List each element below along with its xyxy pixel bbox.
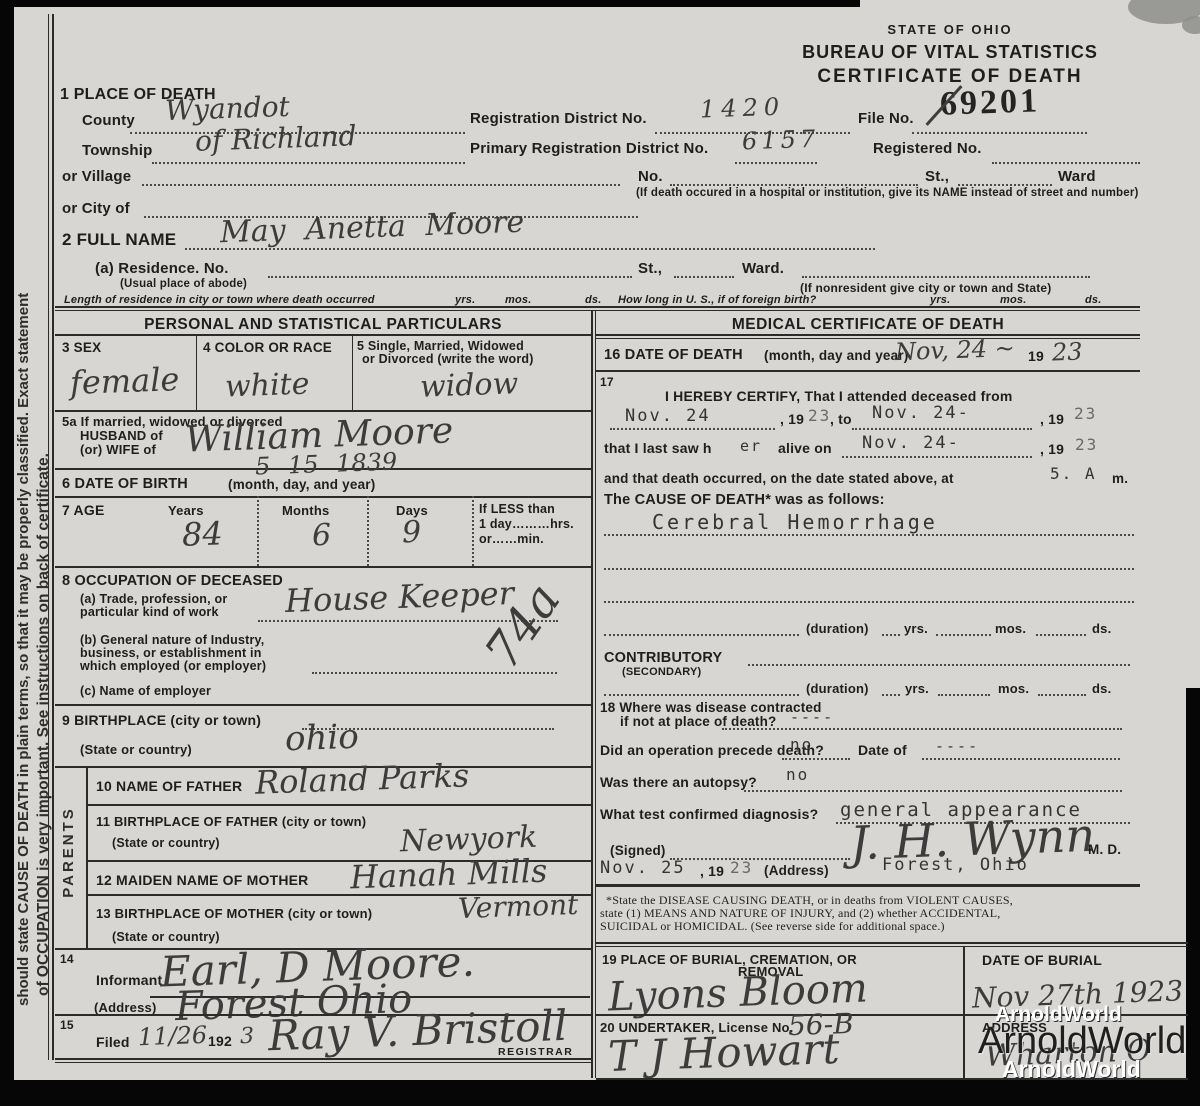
scan-edge-top — [0, 0, 860, 7]
age-cell-divider-3 — [472, 496, 474, 566]
filed-number: 15 — [60, 1018, 74, 1032]
age-cell-divider-1 — [257, 496, 259, 566]
birthplace-label: 9 BIRTHPLACE (city or town) — [62, 712, 261, 728]
duration-dots-2b — [938, 694, 990, 696]
rule-under-dod — [596, 370, 1140, 372]
age-years-value: 84 — [181, 514, 223, 553]
operation-line — [782, 758, 850, 760]
village-no-label: No. — [638, 168, 663, 185]
parents-label: PARENTS — [60, 764, 77, 940]
dob-value: 5 15 1839 — [255, 448, 398, 481]
dod-value: Nov, 24 ~ — [895, 334, 1016, 366]
primary-registration-value: 6157 — [742, 125, 820, 156]
personal-title-rule — [55, 334, 591, 336]
village-ward-label: Ward — [1058, 168, 1096, 185]
cause-line-1 — [604, 534, 1134, 536]
from-year-printed: , 19 — [780, 411, 804, 427]
signed-line — [670, 858, 850, 860]
sign-address-value: Forest, Ohio — [882, 855, 1029, 875]
dob-note: (month, day, and year) — [228, 477, 375, 492]
dod-note: (month, day and year) — [764, 348, 908, 363]
occ-b-label-2: business, or establishment in — [80, 646, 262, 660]
marital-value: widow — [419, 366, 518, 404]
mother-bp-value: Vermont — [457, 888, 578, 925]
occ-b-label-3: which employed (or employer) — [80, 659, 266, 673]
dod-year-value: 23 — [1052, 337, 1084, 366]
registrar-label: REGISTRAR — [498, 1046, 573, 1058]
to-label: , to — [830, 411, 852, 427]
length-mos-label: mos. — [505, 294, 531, 306]
death-time-value: 5. A — [1050, 464, 1097, 483]
file-no-stamp: 69201 — [939, 82, 1040, 123]
age-label: 7 AGE — [62, 502, 105, 518]
age-less-label-3: or……min. — [479, 532, 544, 546]
sign-year-printed: , 19 — [700, 863, 724, 879]
father-bp-state-label: (State or country) — [112, 836, 220, 850]
duration-dots-1c — [1036, 634, 1086, 636]
duration-line-2 — [604, 694, 799, 696]
color-race-value: white — [224, 367, 310, 405]
rule-under-dob — [55, 496, 591, 498]
operation-value: no — [790, 735, 813, 754]
village-line — [142, 184, 620, 186]
residence-label: (a) Residence. No. — [95, 260, 229, 277]
undertaker-signature: T J Howart — [607, 1024, 840, 1081]
signed-label: (Signed) — [610, 843, 666, 858]
rule-under-sex-row — [55, 410, 591, 412]
full-name-label: 2 FULL NAME — [62, 230, 176, 250]
marital-label-2: or Divorced (write the word) — [362, 352, 534, 366]
sign-date-value: Nov. 25 — [600, 858, 686, 878]
death-m-label: m. — [1112, 471, 1128, 486]
file-no-line — [912, 132, 1087, 134]
marital-label-1: 5 Single, Married, Widowed — [357, 339, 524, 353]
cell-divider-race — [352, 334, 353, 410]
duration-line-1 — [604, 634, 799, 636]
duration-dots-1a — [882, 634, 900, 636]
township-line — [152, 162, 465, 164]
duration-yrs-1: yrs. — [904, 621, 928, 636]
duration-ds-1: ds. — [1092, 621, 1111, 636]
filed-year-printed: 192 — [208, 1033, 232, 1049]
spouse-label-3: (or) WIFE of — [80, 442, 156, 457]
occ-a-value: House Keeper — [284, 574, 514, 620]
parents-divider — [86, 766, 88, 948]
last-saw-year-value: 23 — [1075, 435, 1098, 454]
sign-year-value: 23 — [730, 858, 753, 877]
occ-c-label: (c) Name of employer — [80, 684, 211, 698]
scan-edge-bottom — [0, 1080, 1200, 1106]
certify-statement: I HEREBY CERTIFY, That I attended deceas… — [665, 388, 1013, 404]
father-value: Roland Parks — [254, 756, 469, 801]
last-saw-date-value: Nov. 24- — [862, 433, 960, 453]
q18-label-2: if not at place of death? — [620, 714, 777, 729]
rule-under-father — [86, 804, 591, 806]
residence-line — [268, 276, 632, 278]
full-name-value: May Anetta Moore — [219, 205, 524, 251]
attended-from-line — [610, 428, 775, 430]
rule-under-occupation — [55, 704, 591, 706]
township-value: of Richland — [194, 119, 357, 158]
mother-bp-state-label: (State or country) — [112, 930, 220, 944]
header-state: STATE OF OHIO — [800, 22, 1100, 37]
secondary-label: (SECONDARY) — [622, 666, 701, 678]
registration-district-label: Registration District No. — [470, 110, 647, 127]
last-saw-er-value: er — [740, 437, 762, 455]
father-bp-label: 11 BIRTHPLACE OF FATHER (city or town) — [96, 814, 366, 829]
informant-address-label: (Address) — [94, 1000, 156, 1015]
autopsy-line — [744, 790, 1122, 792]
township-label: Township — [82, 142, 152, 159]
to-year-value: 23 — [1074, 404, 1097, 423]
contributory-label: CONTRIBUTORY — [604, 650, 722, 666]
primary-registration-label: Primary Registration District No. — [470, 140, 708, 157]
duration-yrs-2: yrs. — [905, 681, 929, 696]
occ-b-label-1: (b) General nature of Industry, — [80, 633, 264, 647]
attended-to-line — [852, 428, 1032, 430]
birthplace-state-label: (State or country) — [80, 742, 192, 757]
mother-label: 12 MAIDEN NAME OF MOTHER — [96, 872, 308, 888]
us-ds-label: ds. — [1085, 294, 1102, 306]
residence-ward-label: Ward. — [742, 260, 784, 277]
to-year-printed: , 19 — [1040, 411, 1064, 427]
age-days-value: 9 — [401, 515, 421, 551]
item-17-number: 17 — [600, 375, 614, 389]
attended-from-value: Nov. 24 — [625, 406, 711, 426]
form-border-left-inner — [52, 14, 54, 1060]
q18-line — [722, 728, 1122, 730]
footnote-line-3: SUICIDAL or HOMICIDAL. (See reverse side… — [600, 919, 945, 934]
cause-line-3 — [604, 601, 1134, 603]
autopsy-question: Was there an autopsy? — [600, 774, 757, 790]
mother-bp-label: 13 BIRTHPLACE OF MOTHER (city or town) — [96, 906, 372, 921]
filed-label: Filed — [96, 1034, 130, 1050]
duration-dots-2a — [882, 694, 900, 696]
medical-title: MEDICAL CERTIFICATE OF DEATH — [596, 316, 1140, 334]
length-yrs-label: yrs. — [455, 294, 475, 306]
length-residence-label: Length of residence in city or town wher… — [64, 294, 375, 306]
duration-label-2: (duration) — [806, 681, 869, 696]
death-occurred-label: and that death occurred, on the date sta… — [604, 471, 954, 486]
nonresident-note: (If nonresident give city or town and St… — [800, 281, 1052, 295]
burial-top-rule — [596, 942, 1188, 944]
occ-a-label-1: (a) Trade, profession, or — [80, 592, 227, 606]
file-no-label: File No. — [858, 110, 914, 127]
duration-label-1: (duration) — [806, 621, 869, 636]
left-column-bottom-rule2 — [55, 1062, 591, 1063]
cell-divider-sex — [196, 334, 197, 410]
age-cell-divider-2 — [367, 496, 369, 566]
dob-label: 6 DATE OF BIRTH — [62, 476, 188, 492]
village-st-line — [958, 184, 1052, 186]
duration-mos-1: mos. — [995, 621, 1026, 636]
occ-a-label-2: particular kind of work — [80, 605, 219, 619]
primary-registration-line — [735, 162, 817, 164]
village-label: or Village — [62, 168, 131, 185]
column-divider-a — [591, 310, 593, 1078]
scan-edge-right — [1186, 688, 1200, 1088]
form-border-left-outer — [48, 14, 49, 1060]
medical-title-rule — [596, 334, 1140, 336]
birthplace-value: ohio — [284, 717, 359, 760]
from-year-value: 23 — [808, 406, 831, 425]
county-label: County — [82, 112, 135, 129]
dod-label: 16 DATE OF DEATH — [604, 347, 743, 363]
village-st-label: St., — [925, 168, 949, 185]
section-divider-top — [55, 306, 1140, 308]
informant-label: Informant — [96, 972, 162, 988]
age-months-label: Months — [282, 503, 329, 518]
date-of-label: Date of — [858, 742, 907, 758]
us-mos-label: mos. — [1000, 294, 1026, 306]
column-divider-b — [595, 310, 596, 1078]
registered-no-label: Registered No. — [873, 140, 982, 157]
burial-place-label-1: 19 PLACE OF BURIAL, CREMATION, OR — [602, 952, 857, 967]
contributory-line — [748, 664, 1130, 666]
cause-line-2 — [604, 568, 1134, 570]
registered-no-line — [992, 162, 1140, 164]
header-bureau: BUREAU OF VITAL STATISTICS — [760, 42, 1140, 63]
burial-cell-divider — [963, 946, 965, 1078]
rule-under-age — [55, 566, 591, 568]
how-long-us-label: How long in U. S., if of foreign birth? — [618, 294, 816, 306]
margin-note-line1: should state CAUSE OF DEATH in plain ter… — [15, 16, 32, 1006]
scan-smudge-small — [1182, 16, 1200, 34]
sex-value: female — [69, 360, 180, 402]
last-saw-line — [842, 456, 1032, 458]
age-less-label-1: If LESS than — [479, 502, 555, 516]
autopsy-value: no — [786, 765, 809, 784]
margin-note-line2: of OCCUPATION is very important. See ins… — [35, 236, 53, 996]
burial-date-label: DATE OF BURIAL — [982, 952, 1102, 968]
last-saw-label-2: alive on — [778, 440, 832, 456]
sign-address-label: (Address) — [764, 863, 829, 878]
last-saw-year-printed: , 19 — [1040, 441, 1064, 457]
hospital-note: (If death occured in a hospital or insti… — [636, 187, 1139, 199]
attended-to-value: Nov. 24- — [872, 403, 970, 423]
death-certificate-scan: should state CAUSE OF DEATH in plain ter… — [0, 0, 1200, 1106]
age-less-label-2: 1 day………hrs. — [479, 517, 574, 531]
sex-label: 3 SEX — [62, 340, 101, 355]
length-ds-label: ds. — [585, 294, 602, 306]
residence-ward-line — [802, 276, 1090, 278]
q18-label-1: 18 Where was disease contracted — [600, 700, 822, 715]
duration-mos-2: mos. — [998, 681, 1029, 696]
age-months-value: 6 — [311, 518, 331, 554]
section-divider-top2 — [55, 310, 1140, 311]
operation-date-value: ---- — [935, 737, 979, 755]
duration-ds-2: ds. — [1092, 681, 1111, 696]
residence-st-line — [674, 276, 734, 278]
residence-st-label: St., — [638, 260, 662, 277]
duration-dots-2c — [1038, 694, 1086, 696]
occupation-title: 8 OCCUPATION OF DECEASED — [62, 573, 283, 589]
md-label: M. D. — [1088, 842, 1121, 857]
us-yrs-label: yrs. — [930, 294, 950, 306]
spouse-label-2: HUSBAND of — [80, 428, 163, 443]
rule-under-signature — [596, 884, 1140, 887]
filed-year-hw: 3 — [240, 1024, 255, 1049]
informant-number: 14 — [60, 952, 74, 966]
full-name-line — [185, 248, 875, 250]
burial-top-rule2 — [596, 946, 1188, 947]
filed-day-value: 11/26 — [138, 1021, 208, 1051]
q18-value: ---- — [790, 708, 834, 726]
watermark-bottom: ArnoldWorld — [1002, 1056, 1141, 1083]
left-column-bottom-rule — [55, 1058, 591, 1060]
operation-date-line — [922, 758, 1120, 760]
city-label: or City of — [62, 200, 130, 217]
registration-district-value: 1420 — [700, 93, 786, 124]
last-saw-label-1: that I last saw h — [604, 440, 712, 456]
cause-of-death-label: The CAUSE OF DEATH* was as follows: — [604, 492, 885, 508]
cause-of-death-value: Cerebral Hemorrhage — [652, 510, 938, 534]
village-no-line — [670, 184, 918, 186]
abode-note: (Usual place of abode) — [120, 278, 247, 290]
test-question: What test confirmed diagnosis? — [600, 806, 818, 822]
dod-year-printed: 19 — [1028, 348, 1044, 364]
scan-edge-left — [0, 0, 14, 1106]
father-label: 10 NAME OF FATHER — [96, 778, 242, 794]
color-race-label: 4 COLOR OR RACE — [203, 340, 332, 355]
personal-title: PERSONAL AND STATISTICAL PARTICULARS — [55, 316, 591, 334]
duration-dots-1b — [936, 634, 991, 636]
